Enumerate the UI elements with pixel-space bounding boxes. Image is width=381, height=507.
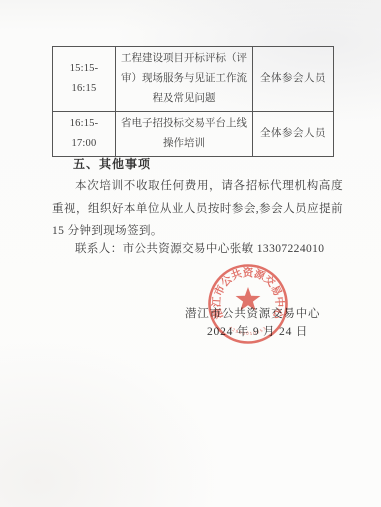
scanned-document-page: 15:15-16:15 工程建设项目开标评标（评审）现场服务与见证工作流程及常见…	[0, 0, 381, 507]
signature-date: 2024 年 9 月 24 日	[207, 323, 308, 339]
table-row: 16:15-17:00 省电子招投标交易平台上线操作培训 全体参会人员	[53, 112, 334, 157]
topic-cell: 工程建设项目开标评标（评审）现场服务与见证工作流程及常见问题	[116, 47, 253, 112]
signature-org: 潜江市公共资源交易中心	[185, 305, 320, 321]
section-heading: 五、其他事项	[73, 155, 151, 172]
time-cell: 16:15-17:00	[53, 112, 116, 157]
table-row: 15:15-16:15 工程建设项目开标评标（评审）现场服务与见证工作流程及常见…	[53, 47, 334, 112]
contact-line: 联系人：市公共资源交易中心张敏 13307224010	[52, 240, 352, 256]
attendees-cell: 全体参会人员	[253, 47, 334, 112]
topic-cell: 省电子招投标交易平台上线操作培训	[116, 112, 253, 157]
time-cell: 15:15-16:15	[53, 47, 116, 112]
body-paragraph: 本次培训不收取任何费用，请各招标代理机构高度重视，组织好本单位从业人员按时参会,…	[52, 175, 343, 243]
schedule-table: 15:15-16:15 工程建设项目开标评标（评审）现场服务与见证工作流程及常见…	[52, 46, 334, 157]
attendees-cell: 全体参会人员	[253, 112, 334, 157]
